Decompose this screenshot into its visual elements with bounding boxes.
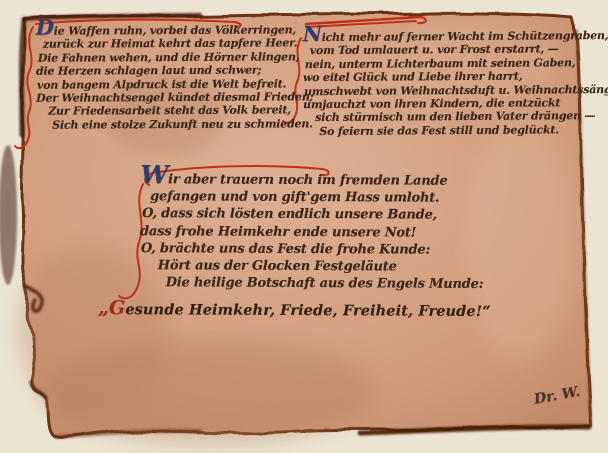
- poem-line: Der Weihnachtsengel kündet diesmal Fried…: [36, 90, 313, 105]
- stanza-left: Die Waffen ruhn, vorbei das Völkerringen…: [36, 23, 314, 132]
- stanza-right: Nicht mehr auf ferner Wacht im Schützeng…: [303, 29, 608, 138]
- closing-quote-line: „Gesunde Heimkehr, Friede, Freiheit, Fre…: [98, 297, 491, 321]
- poem-line: O, brächte uns das Fest die frohe Kunde:: [141, 240, 484, 259]
- poem-line: von bangem Alpdruck ist die Welt befreit…: [37, 77, 313, 92]
- poem-line: dass frohe Heimkehr ende unsere Not!: [140, 223, 484, 242]
- poem-line: Die Fahnen wehen, und die Hörner klingen…: [38, 50, 313, 65]
- poem-line: sich stürmisch um den lieben Vater dräng…: [315, 109, 608, 125]
- scanned-parchment-page: Die Waffen ruhn, vorbei das Völkerringen…: [0, 0, 608, 453]
- poem-line: Die heilige Botschaft aus des Engels Mun…: [166, 274, 484, 293]
- poem-line: gefangen und von gift'gem Hass umloht.: [150, 188, 484, 207]
- poem-line: Wir aber trauern noch im fremden Lande: [140, 171, 484, 190]
- poem-line: zurück zur Heimat kehrt das tapfere Heer…: [43, 37, 313, 52]
- poem-line: So feiern sie das Fest still und beglück…: [319, 123, 608, 139]
- poem-line: nein, unterm Lichterbaum mit seinen Gabe…: [305, 56, 608, 72]
- poem-line: Sich eine stolze Zukunft neu zu schmiede…: [52, 117, 313, 132]
- poem-line: die Herzen schlagen laut und schwer;: [36, 63, 313, 78]
- poem-line: umschwebt von Weihnachtsduft u. Weihnach…: [304, 82, 608, 98]
- poem-line: Nicht mehr auf ferner Wacht im Schützeng…: [303, 29, 608, 45]
- stanza-center: Wir aber trauern noch im fremden Landege…: [140, 171, 484, 293]
- poem-line: Hört aus der Glocken Festgeläute: [158, 257, 484, 276]
- poem-line: O, dass sich lösten endlich unsere Bande…: [142, 205, 484, 224]
- poem-line: Zur Friedensarbeit steht das Volk bereit…: [48, 104, 313, 119]
